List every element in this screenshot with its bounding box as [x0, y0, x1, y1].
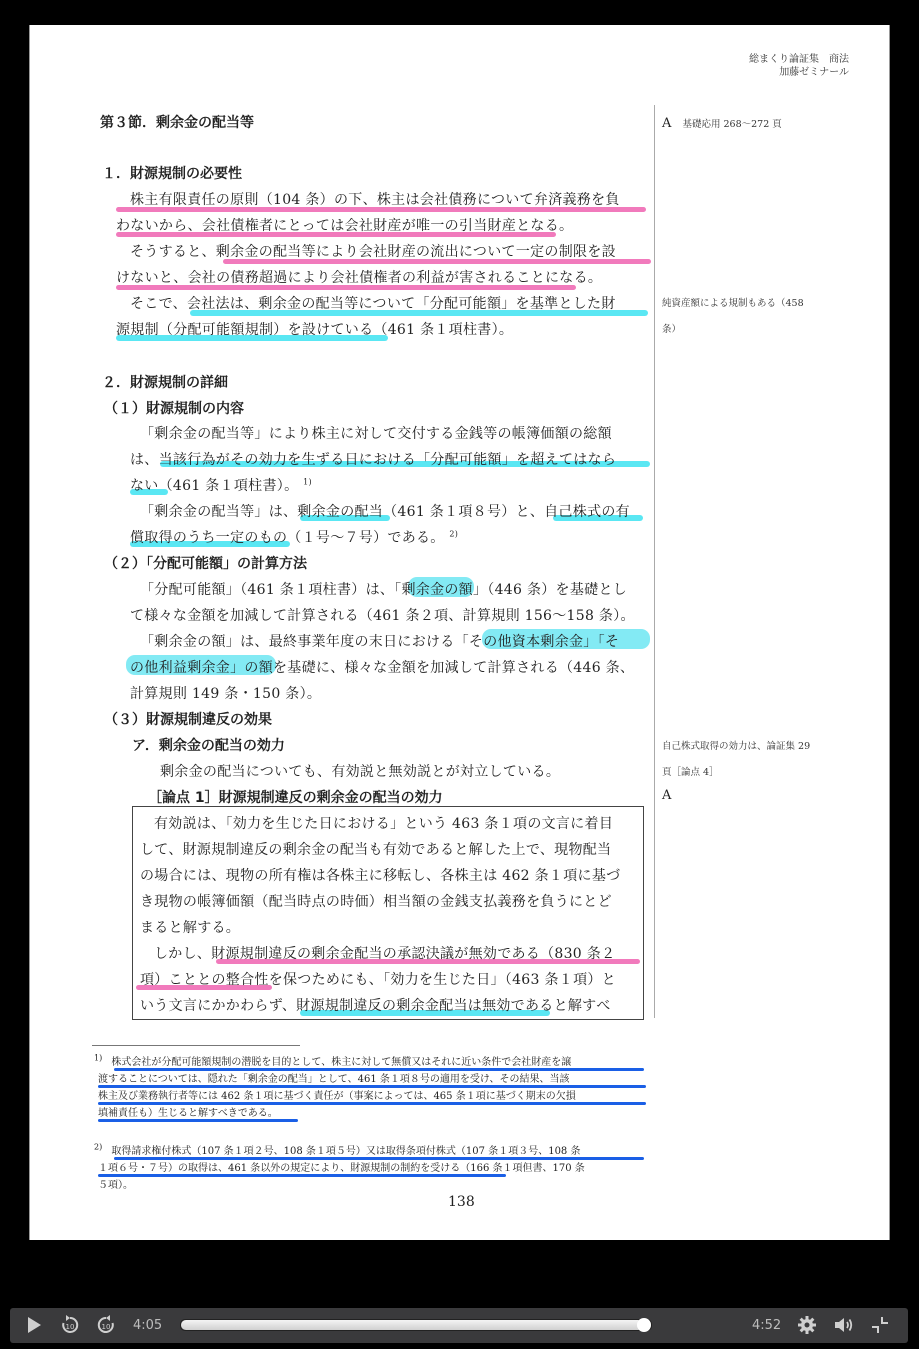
footnote-line: 株主及び業務執行者等には 462 条１項に基づく責任が（事案によっては、465 …	[98, 1087, 576, 1102]
side-note: 自己株式取得の効力は、論証集 29	[662, 738, 810, 752]
section-title: 第３節．剰余金の配当等	[100, 112, 254, 132]
rank-badge: A	[662, 788, 671, 803]
margin-rule	[654, 105, 655, 1018]
header-publisher: 加藤ゼミナール	[749, 66, 849, 79]
box-line: き現物の帳簿価額（配当時点の時価）相当額の金銭支払義務を負うにとど	[140, 891, 612, 911]
footnote-1: 1) 株式会社が分配可能額規制の潜脱を目的として、株主に対して無償又はそれに近い…	[94, 1053, 571, 1068]
box-line: 項）こととの整合性を保つためにも、「効力を生じた日」（463 条１項）と	[140, 969, 616, 989]
rewind-10-button[interactable]: 10	[60, 1315, 80, 1339]
paragraph-line: 償取得のうち一定のもの（１号～７号）である。 2)	[130, 527, 458, 547]
footnote-2: 2) 取得請求権付株式（107 条１項２号、108 条１項５号）又は取得条項付株…	[94, 1142, 580, 1157]
heading-2: ２．財源規制の詳細	[102, 372, 228, 392]
settings-button[interactable]	[797, 1315, 817, 1339]
paragraph-line: わないから、会社債権者にとっては会社財産が唯一の引当財産となる。	[116, 215, 573, 235]
box-line: 有効説は、「効力を生じた日における」という 463 条１項の文言に着目	[154, 813, 613, 833]
document-page: 総まくり論証集 商法 加藤ゼミナール 第３節．剰余金の配当等 １．財源規制の必要…	[29, 25, 890, 1240]
paragraph-line: 「剰余金の配当等」により株主に対して交付する金銭等の帳簿価額の総額	[140, 423, 612, 443]
sub-subheading: ア．剰余金の配当の効力	[132, 735, 285, 755]
box-line: いう文言にかかわらず、財源規制違反の剰余金配当は無効であると解すべ	[140, 995, 611, 1015]
footnote-ref[interactable]: 2)	[449, 529, 458, 538]
speaker-icon	[833, 1315, 855, 1335]
exit-fullscreen-button[interactable]	[870, 1315, 890, 1339]
seek-handle[interactable]	[637, 1318, 651, 1332]
gear-icon	[797, 1315, 817, 1335]
play-button[interactable]	[26, 1315, 42, 1339]
footnote-ref[interactable]: 1)	[303, 477, 312, 486]
exit-fullscreen-icon	[870, 1315, 890, 1335]
header-title: 総まくり論証集 商法	[749, 53, 849, 66]
paragraph-line: 剰余金の配当についても、有効説と無効説とが対立している。	[160, 761, 560, 781]
seek-bar[interactable]	[180, 1319, 652, 1331]
box-line: まると解する。	[140, 917, 240, 937]
issue-title: ［論点 1］財源規制違反の剰余金の配当の効力	[148, 787, 443, 807]
paragraph-line: は、当該行為がその効力を生ずる日における「分配可能額」を超えてはなら	[130, 449, 616, 469]
svg-text:10: 10	[66, 1323, 75, 1331]
side-note: 条）	[662, 321, 681, 335]
side-note: A 基礎応用 268～272 頁	[662, 112, 782, 131]
forward-10-button[interactable]: 10	[96, 1315, 116, 1339]
paragraph-line: 「分配可能額」（461 条１項柱書）は、「剰余金の額」（446 条）を基礎とし	[140, 579, 627, 599]
video-controls: 10 10 4:05 4:52	[10, 1308, 908, 1343]
duration: 4:52	[752, 1318, 781, 1333]
footnote-line: １項６号・７号）の取得は、461 条以外の規定により、財源規制の制約を受ける（1…	[98, 1159, 585, 1174]
side-note: 頁［論点 4］	[662, 764, 719, 778]
footnote-line: ５項）。	[98, 1176, 133, 1191]
svg-text:10: 10	[102, 1323, 111, 1331]
paragraph-line: て様々な金額を加減して計算される（461 条２項、計算規則 156～158 条）…	[130, 605, 635, 625]
paragraph-line: けないと、会社の債務超過により会社債権者の利益が害されることになる。	[116, 267, 602, 287]
highlight-blue	[98, 1174, 506, 1177]
paragraph-line: の他利益剰余金」の額を基礎に、様々な金額を加減して計算される（446 条、	[130, 657, 634, 677]
paragraph-line: 計算規則 149 条・150 条）。	[130, 683, 321, 703]
paragraph-line: ない（461 条１項柱書）。 1)	[130, 475, 312, 495]
forward-10-icon: 10	[96, 1315, 116, 1335]
footnote-line: 填補責任も）生じると解すべきである。	[98, 1104, 278, 1119]
page-number: 138	[448, 1194, 475, 1210]
rank-badge: A	[662, 116, 671, 131]
footnote-line: 渡することについては、隠れた「剰余金の配当」として、461 条１項８号の適用を受…	[98, 1070, 569, 1085]
footnote-rule	[92, 1045, 300, 1046]
running-header: 総まくり論証集 商法 加藤ゼミナール	[749, 53, 849, 79]
paragraph-line: 「剰余金の額」は、最終事業年度の末日における「その他資本剰余金」「そ	[140, 631, 619, 651]
box-line: の場合には、現物の所有権は各株主に移転し、各株主は 462 条１項に基づ	[140, 865, 620, 885]
paragraph-line: そうすると、剰余金の配当等により会社財産の流出について一定の制限を設	[130, 241, 616, 261]
current-time: 4:05	[133, 1318, 162, 1333]
paragraph-line: そこで、会社法は、剰余金の配当等について「分配可能額」を基準とした財	[130, 293, 616, 313]
paragraph-line: 株主有限責任の原則（104 条）の下、株主は会社債務について弁済義務を負	[130, 189, 620, 209]
rewind-10-icon: 10	[60, 1315, 80, 1335]
subheading: （３）財源規制違反の効果	[104, 709, 272, 729]
highlight-blue	[98, 1119, 298, 1122]
box-line: しかし、財源規制違反の剰余金配当の承認決議が無効である（830 条２	[154, 943, 615, 963]
subheading: （１）財源規制の内容	[104, 398, 244, 418]
play-icon	[26, 1315, 42, 1335]
heading-1: １．財源規制の必要性	[102, 163, 242, 183]
box-line: して、財源規制違反の剰余金の配当も有効であると解した上で、現物配当	[140, 839, 611, 859]
paragraph-line: 源規制（分配可能額規制）を設けている（461 条１項柱書）。	[116, 319, 513, 339]
seek-bar-progress	[181, 1320, 643, 1330]
subheading: （２）「分配可能額」の計算方法	[104, 553, 307, 573]
volume-button[interactable]	[833, 1315, 855, 1339]
paragraph-line: 「剰余金の配当等」は、剰余金の配当（461 条１項８号）と、自己株式の有	[140, 501, 630, 521]
side-note: 純資産額による規制もある（458	[662, 295, 804, 309]
